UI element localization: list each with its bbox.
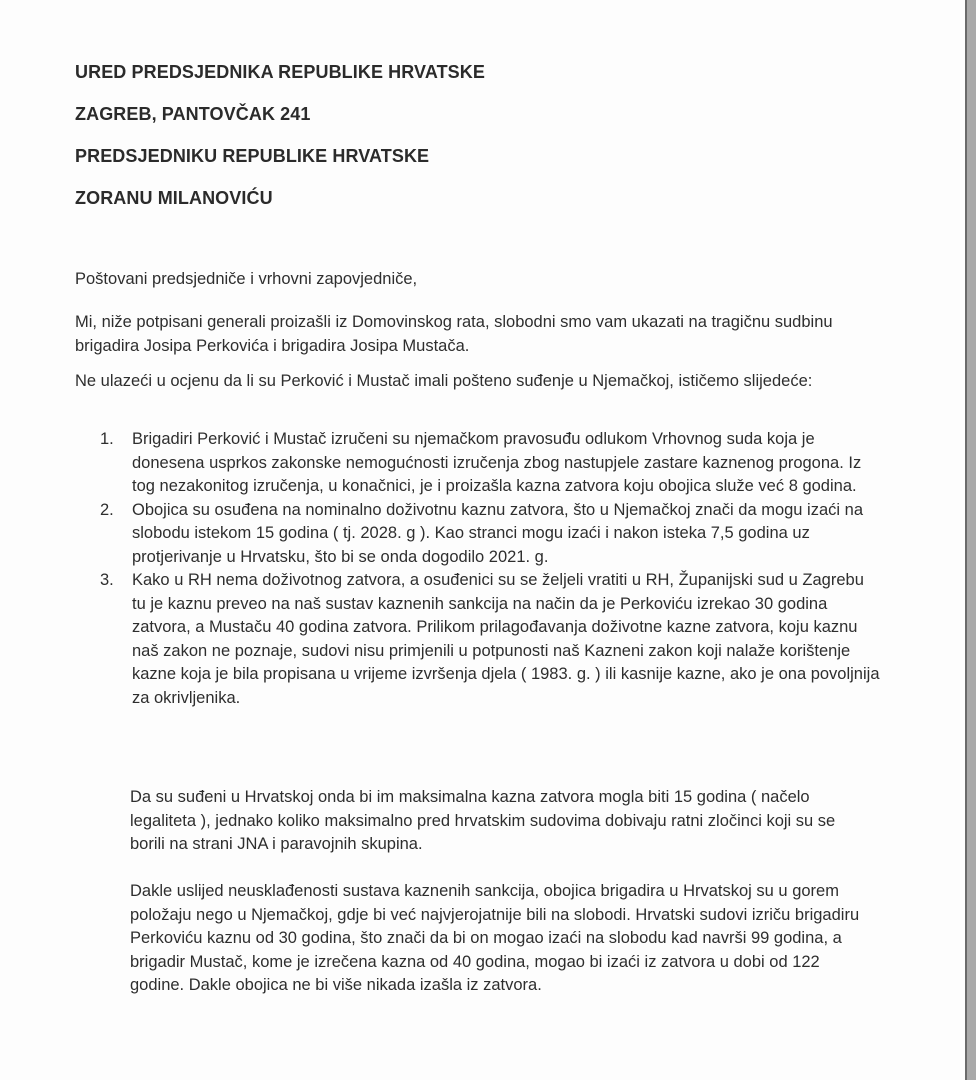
list-item-text: Obojica su osuđena na nominalno doživotn… — [132, 501, 863, 566]
list-item-number: 1. — [100, 428, 114, 452]
list-item-text: Kako u RH nema doživotnog zatvora, a osu… — [132, 571, 880, 707]
letter-lead-paragraph: Ne ulazeći u ocjenu da li su Perković i … — [75, 370, 875, 394]
page-edge-border — [965, 0, 976, 1080]
conclusion-paragraph: Dakle uslijed neusklađenosti sustava kaz… — [130, 880, 870, 998]
list-item-number: 3. — [100, 569, 114, 593]
scanned-letter-page: URED PREDSJEDNIKA REPUBLIKE HRVATSKE ZAG… — [0, 0, 965, 1080]
list-item-2: 2. Obojica su osuđena na nominalno doživ… — [100, 499, 880, 570]
recipient-title: PREDSJEDNIKU REPUBLIKE HRVATSKE — [75, 146, 429, 167]
recipient-office: URED PREDSJEDNIKA REPUBLIKE HRVATSKE — [75, 62, 485, 83]
list-item-1: 1. Brigadiri Perković i Mustač izručeni … — [100, 428, 880, 499]
list-item-3: 3. Kako u RH nema doživotnog zatvora, a … — [100, 569, 880, 710]
numbered-points-list: 1. Brigadiri Perković i Mustač izručeni … — [100, 428, 880, 710]
legality-paragraph: Da su suđeni u Hrvatskoj onda bi im maks… — [130, 786, 870, 857]
letter-greeting: Poštovani predsjedniče i vrhovni zapovje… — [75, 268, 875, 292]
list-item-text: Brigadiri Perković i Mustač izručeni su … — [132, 430, 861, 495]
letter-intro-paragraph: Mi, niže potpisani generali proizašli iz… — [75, 311, 875, 358]
recipient-name: ZORANU MILANOVIĆU — [75, 188, 273, 209]
list-item-number: 2. — [100, 499, 114, 523]
recipient-address: ZAGREB, PANTOVČAK 241 — [75, 104, 310, 125]
